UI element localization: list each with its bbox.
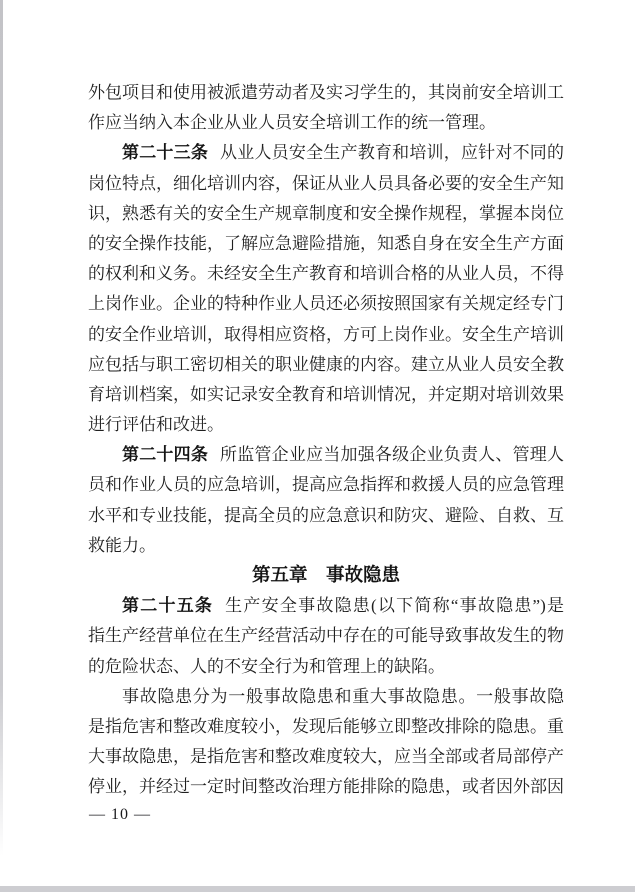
document-page: 外包项目和使用被派遣劳动者及实习学生的，其岗前安全培训工作应当纳入本企业从业人员… xyxy=(0,0,635,892)
scan-edge-bottom xyxy=(0,886,635,892)
text-line: 的安全操作技能，了解应急避险措施，知悉自身在安全生产方面 xyxy=(88,229,564,259)
text-line: 应包括与职工密切相关的职业健康的内容。建立从业人员安全教 xyxy=(88,350,564,380)
text-line: 识，熟悉有关的安全生产规章制度和安全操作规程，掌握本岗位 xyxy=(88,199,564,229)
text-line: 指生产经营单位在生产经营活动中存在的可能导致事故发生的物 xyxy=(88,621,564,651)
text-line: 水平和专业技能，提高全员的应急意识和防灾、避险、自救、互 xyxy=(88,501,564,531)
line-text: 生产安全事故隐患(以下简称“事故隐患”)是 xyxy=(225,596,564,615)
text-line: 是指危害和整改难度较小，发现后能够立即整改排除的隐患。重 xyxy=(88,712,564,742)
article-line: 第二十五条生产安全事故隐患(以下简称“事故隐患”)是 xyxy=(88,591,564,621)
text-line: 救能力。 xyxy=(88,531,564,561)
text-line: 大事故隐患，是指危害和整改难度较大，应当全部或者局部停产 xyxy=(88,742,564,772)
text-line: 员和作业人员的应急培训，提高应急指挥和救援人员的应急管理 xyxy=(88,470,564,500)
text-line: 事故隐患分为一般事故隐患和重大事故隐患。一般事故隐患， xyxy=(88,682,564,712)
article-line: 第二十三条从业人员安全生产教育和培训，应针对不同的 xyxy=(88,138,564,168)
scan-edge-left xyxy=(0,0,3,856)
article-number: 第二十三条 xyxy=(122,143,208,162)
text-line: 岗位特点，细化培训内容，保证从业人员具备必要的安全生产知 xyxy=(88,169,564,199)
page-number: — 10 — xyxy=(89,804,151,826)
text-line: 的安全作业培训，取得相应资格，方可上岗作业。安全生产培训 xyxy=(88,320,564,350)
chapter-heading: 第五章 事故隐患 xyxy=(88,561,564,591)
document-body: 外包项目和使用被派遣劳动者及实习学生的，其岗前安全培训工作应当纳入本企业从业人员… xyxy=(88,78,564,803)
text-line: 停业，并经过一定时间整改治理方能排除的隐患，或者因外部因 xyxy=(88,772,564,802)
article-number: 第二十四条 xyxy=(122,445,208,464)
text-line: 作应当纳入本企业从业人员安全培训工作的统一管理。 xyxy=(88,108,564,138)
text-line: 的权利和义务。未经安全生产教育和培训合格的从业人员，不得 xyxy=(88,259,564,289)
text-line: 上岗作业。企业的特种作业人员还必须按照国家有关规定经专门 xyxy=(88,289,564,319)
text-line: 育培训档案，如实记录安全教育和培训情况，并定期对培训效果 xyxy=(88,380,564,410)
text-line: 外包项目和使用被派遣劳动者及实习学生的，其岗前安全培训工 xyxy=(88,78,564,108)
text-line: 的危险状态、人的不安全行为和管理上的缺陷。 xyxy=(88,652,564,682)
line-text: 所监管企业应当加强各级企业负责人、管理人 xyxy=(220,445,564,464)
line-text: 从业人员安全生产教育和培训，应针对不同的 xyxy=(220,143,564,162)
article-line: 第二十四条所监管企业应当加强各级企业负责人、管理人 xyxy=(88,440,564,470)
article-number: 第二十五条 xyxy=(122,596,213,615)
text-line: 进行评估和改进。 xyxy=(88,410,564,440)
